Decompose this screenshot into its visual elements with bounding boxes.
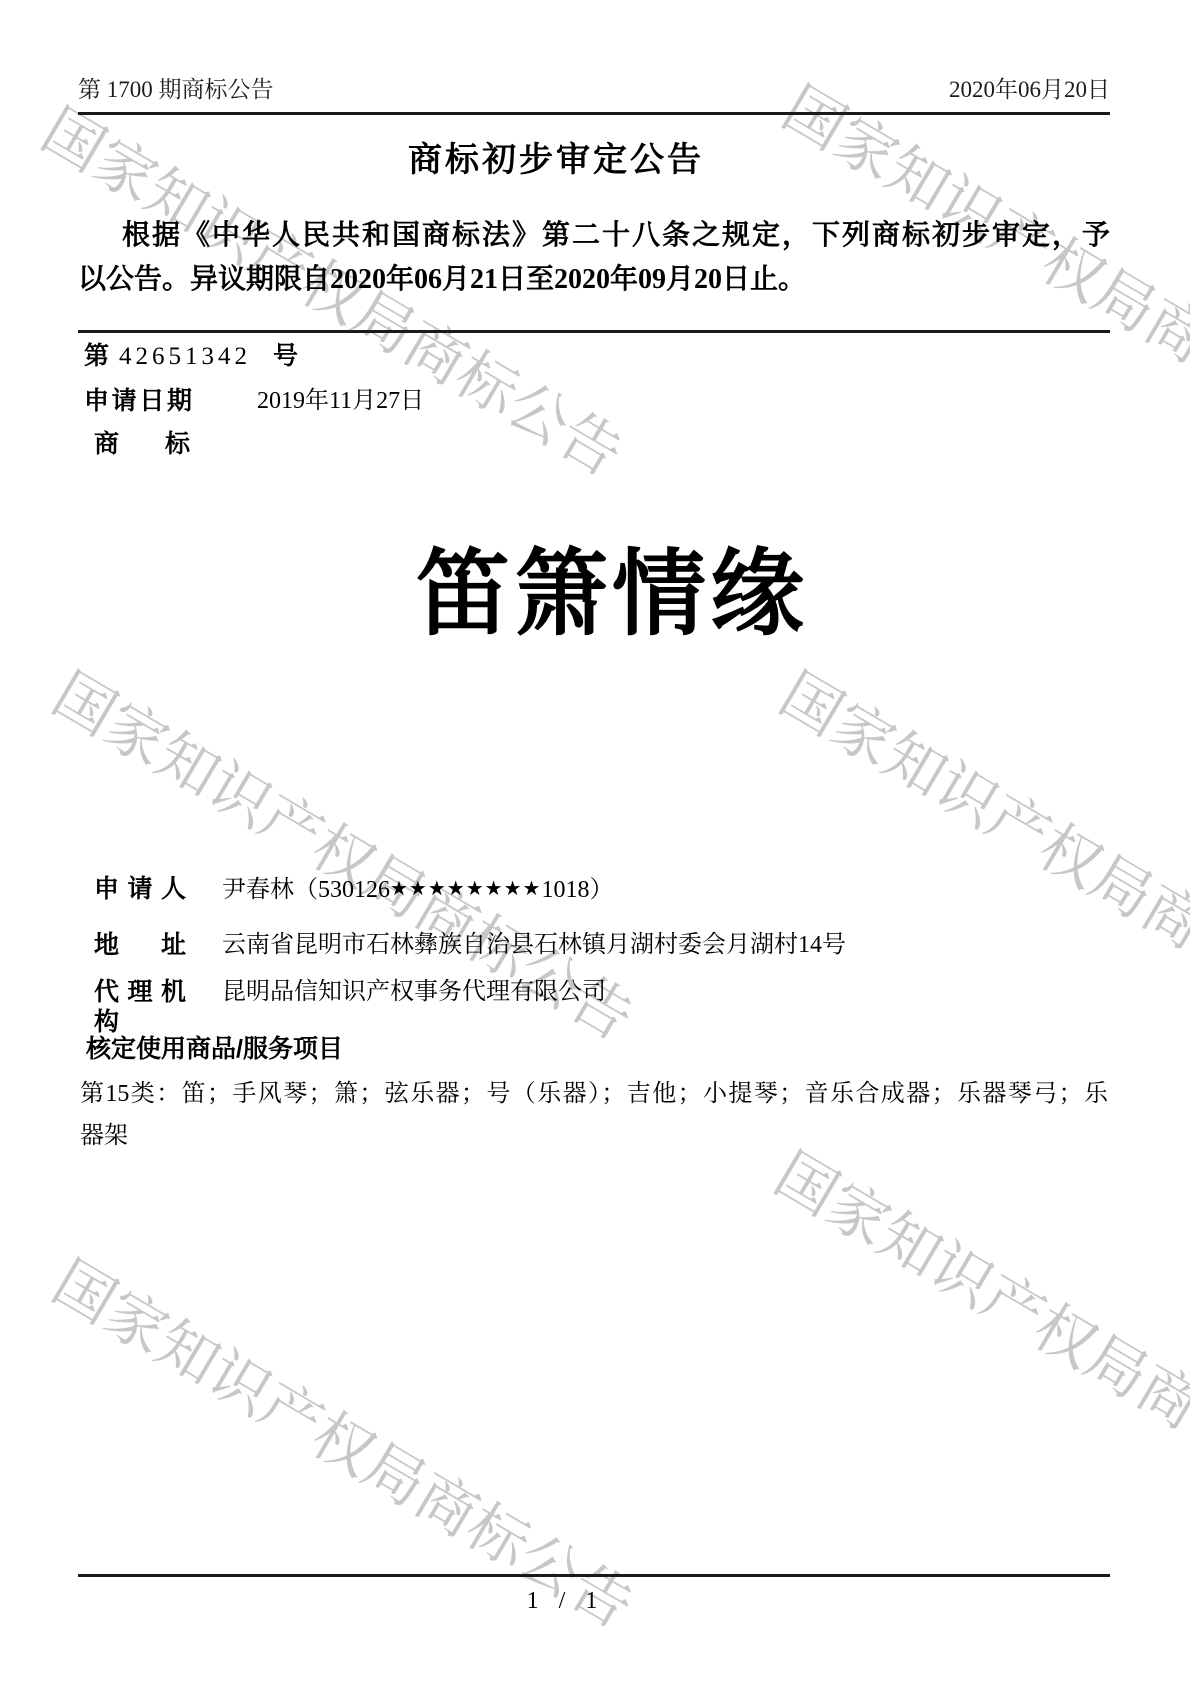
- address-label: 地址: [94, 930, 186, 960]
- reg-number-value: 42651342: [119, 343, 251, 370]
- applicant-name-id: 尹春林（530126: [222, 877, 390, 903]
- intro-line-2: 以公告。异议期限自2020年06月21日至2020年09月20日止。: [78, 258, 1110, 302]
- gazette-date: 2020年06月20日: [949, 76, 1110, 104]
- applicant-value: 尹春林（530126★★★★★★★★1018）: [222, 874, 613, 905]
- intro-line-1: 根据《中华人民共和国商标法》第二十八条之规定，下列商标初步审定，予: [78, 214, 1110, 258]
- page-separator: /: [559, 1588, 566, 1614]
- page-total: 1: [585, 1588, 597, 1614]
- agency-value: 昆明品信知识产权事务代理有限公司: [222, 977, 606, 1007]
- document-page: 国家知识产权局商标公告 国家知识产权局商标公告 国家知识产权局商标公告 国家知识…: [0, 0, 1190, 1684]
- footer-rule: [78, 1574, 1110, 1577]
- reg-number-suffix: 号: [273, 342, 298, 370]
- document-title: 商标初步审定公告: [40, 132, 1072, 181]
- trademark-label-row: 商标: [78, 429, 1126, 460]
- applicant-id-suffix: 1018）: [541, 877, 613, 903]
- gazette-issue: 第 1700 期商标公告: [78, 76, 274, 104]
- filing-date-row: 申请日期 2019年11月27日: [78, 386, 1116, 417]
- registration-number-row: 第42651342号: [78, 341, 1116, 372]
- applicant-row: 申请人 尹春林（530126★★★★★★★★1018）: [78, 874, 1126, 905]
- trademark-label: 商标: [94, 429, 190, 459]
- page-current: 1: [527, 1588, 539, 1614]
- filing-date-label: 申请日期: [84, 386, 192, 416]
- masked-id-stars: ★★★★★★★★: [390, 878, 541, 900]
- trademark-mark-text: 笛箫情缘: [96, 538, 1128, 651]
- page-header: 第 1700 期商标公告 2020年06月20日: [78, 76, 1110, 104]
- address-row: 地址 云南省昆明市石林彝族自治县石林镇月湖村委会月湖村14号: [78, 930, 1126, 961]
- document-content: 第 1700 期商标公告 2020年06月20日 商标初步审定公告 根据《中华人…: [78, 0, 1110, 1684]
- goods-services-heading: 核定使用商品/服务项目: [86, 1029, 343, 1065]
- reg-number-prefix: 第: [84, 342, 109, 370]
- goods-list-line-1: 第15类：笛；手风琴；箫；弦乐器；号（乐器）；吉他；小提琴；音乐合成器；乐器琴弓…: [80, 1079, 1108, 1109]
- section-rule: [78, 330, 1110, 333]
- goods-list-line-2: 器架: [80, 1121, 1108, 1151]
- filing-date-value: 2019年11月27日: [257, 386, 424, 416]
- address-value: 云南省昆明市石林彝族自治县石林镇月湖村委会月湖村14号: [222, 930, 846, 960]
- header-rule: [78, 112, 1110, 115]
- applicant-label: 申请人: [94, 874, 186, 904]
- agency-label: 代理机构: [94, 977, 186, 1037]
- page-number: 1/1: [46, 1588, 1078, 1615]
